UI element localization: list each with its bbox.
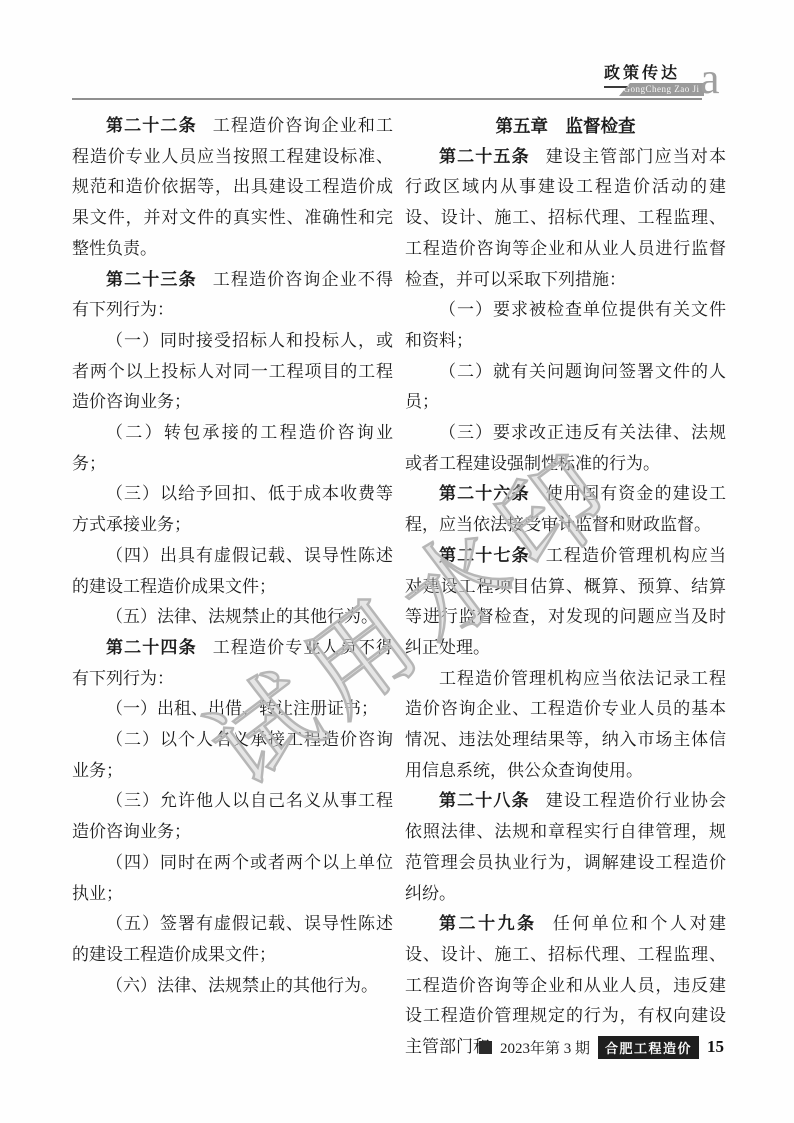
paragraph: （二）以个人名义承接工程造价咨询业务；	[72, 725, 393, 786]
document-page: 政策传达 GongCheng Zao Ji a 第二十二条工程造价咨询企业和工程…	[0, 0, 794, 1123]
paragraph-text: （四）同时在两个或者两个以上单位执业；	[72, 853, 393, 903]
paragraph: （四）出具有虚假记载、误导性陈述的建设工程造价成果文件；	[72, 541, 393, 602]
paragraph: 第二十三条工程造价咨询企业不得有下列行为：	[72, 265, 393, 326]
article-number: 第二十六条	[439, 484, 546, 503]
paragraph: 工程造价管理机构应当依法记录工程造价咨询企业、工程造价专业人员的基本情况、违法处…	[405, 664, 726, 787]
paragraph: （一）同时接受招标人和投标人，或者两个以上投标人对同一工程项目的工程造价咨询业务…	[72, 326, 393, 418]
paragraph-text: 建设主管部门应当对本行政区域内从事建设工程造价活动的建设、设计、施工、招标代理、…	[405, 147, 726, 289]
page-number: 15	[707, 1037, 724, 1057]
paragraph-text: （二）转包承接的工程造价咨询业务；	[72, 423, 393, 473]
chapter-heading: 第五章 监督检查	[405, 111, 726, 142]
paragraph: 第二十八条建设工程造价行业协会依照法律、法规和章程实行自律管理，规范管理会员执业…	[405, 786, 726, 909]
paragraph: 第二十六条使用国有资金的建设工程，应当依法接受审计监督和财政监督。	[405, 479, 726, 540]
paragraph-text: （六）法律、法规禁止的其他行为。	[106, 976, 378, 995]
paragraph-text: （五）法律、法规禁止的其他行为。	[106, 607, 378, 626]
journal-badge: 合肥工程造价	[598, 1036, 699, 1059]
paragraph: （三）允许他人以自己名义从事工程造价咨询业务；	[72, 786, 393, 847]
paragraph-text: （二）以个人名义承接工程造价咨询业务；	[72, 730, 393, 780]
paragraph: 第二十七条工程造价管理机构应当对建设工程项目估算、概算、预算、结算等进行监督检查…	[405, 541, 726, 664]
paragraph: （二）就有关问题询问签署文件的人员；	[405, 357, 726, 418]
paragraph: 第二十二条工程造价咨询企业和工程造价专业人员应当按照工程建设标准、规范和造价依据…	[72, 111, 393, 265]
paragraph: 第二十四条工程造价专业人员不得有下列行为：	[72, 633, 393, 694]
article-number: 第二十九条	[439, 914, 553, 933]
paragraph-text: （五）签署有虚假记载、误导性陈述的建设工程造价成果文件；	[72, 914, 393, 964]
right-column-paragraphs: 第二十五条建设主管部门应当对本行政区域内从事建设工程造价活动的建设、设计、施工、…	[405, 142, 726, 1063]
paragraph: （一）要求被检查单位提供有关文件和资料；	[405, 295, 726, 356]
article-number: 第二十八条	[439, 791, 546, 810]
article-columns: 第二十二条工程造价咨询企业和工程造价专业人员应当按照工程建设标准、规范和造价依据…	[72, 111, 726, 1063]
paragraph-text: （三）要求改正违反有关法律、法规或者工程建设强制性标准的行为。	[405, 423, 726, 473]
footer-square-icon	[479, 1041, 492, 1054]
journal-banner: GongCheng Zao Ji	[619, 83, 704, 96]
paragraph: （五）签署有虚假记载、误导性陈述的建设工程造价成果文件；	[72, 909, 393, 970]
paragraph-text: （一）出租、出借、转让注册证书；	[106, 699, 378, 718]
header-rule	[72, 98, 702, 100]
paragraph: （六）法律、法规禁止的其他行为。	[72, 971, 393, 1002]
paragraph: （二）转包承接的工程造价咨询业务；	[72, 418, 393, 479]
paragraph-text: （一）同时接受招标人和投标人，或者两个以上投标人对同一工程项目的工程造价咨询业务…	[72, 331, 393, 411]
left-column: 第二十二条工程造价咨询企业和工程造价专业人员应当按照工程建设标准、规范和造价依据…	[72, 111, 393, 1063]
paragraph: （三）以给予回扣、低于成本收费等方式承接业务；	[72, 479, 393, 540]
page-footer: 2023年第 3 期 合肥工程造价 15	[479, 1037, 724, 1057]
paragraph-text: （三）允许他人以自己名义从事工程造价咨询业务；	[72, 791, 393, 841]
paragraph-text: （二）就有关问题询问签署文件的人员；	[405, 362, 726, 412]
paragraph-text: （四）出具有虚假记载、误导性陈述的建设工程造价成果文件；	[72, 546, 393, 596]
paragraph: （三）要求改正违反有关法律、法规或者工程建设强制性标准的行为。	[405, 418, 726, 479]
journal-banner-text: GongCheng Zao Ji	[624, 84, 700, 94]
article-number: 第二十七条	[439, 546, 546, 565]
paragraph: （五）法律、法规禁止的其他行为。	[72, 602, 393, 633]
issue-label: 2023年第 3 期	[500, 1037, 590, 1058]
article-number: 第二十二条	[106, 116, 213, 135]
paragraph: （四）同时在两个或者两个以上单位执业；	[72, 848, 393, 909]
right-column: 第五章 监督检查 第二十五条建设主管部门应当对本行政区域内从事建设工程造价活动的…	[405, 111, 726, 1063]
article-number: 第二十三条	[106, 270, 213, 289]
paragraph-text: 工程造价咨询企业和工程造价专业人员应当按照工程建设标准、规范和造价依据等，出具建…	[72, 116, 393, 258]
article-number: 第二十五条	[439, 147, 546, 166]
banner-letter-a: a	[700, 57, 720, 101]
article-number: 第二十四条	[106, 638, 213, 657]
paragraph: （一）出租、出借、转让注册证书；	[72, 694, 393, 725]
paragraph-text: （一）要求被检查单位提供有关文件和资料；	[405, 300, 726, 350]
paragraph-text: （三）以给予回扣、低于成本收费等方式承接业务；	[72, 484, 393, 534]
paragraph-text: 工程造价管理机构应当依法记录工程造价咨询企业、工程造价专业人员的基本情况、违法处…	[405, 669, 726, 780]
paragraph: 第二十五条建设主管部门应当对本行政区域内从事建设工程造价活动的建设、设计、施工、…	[405, 142, 726, 296]
